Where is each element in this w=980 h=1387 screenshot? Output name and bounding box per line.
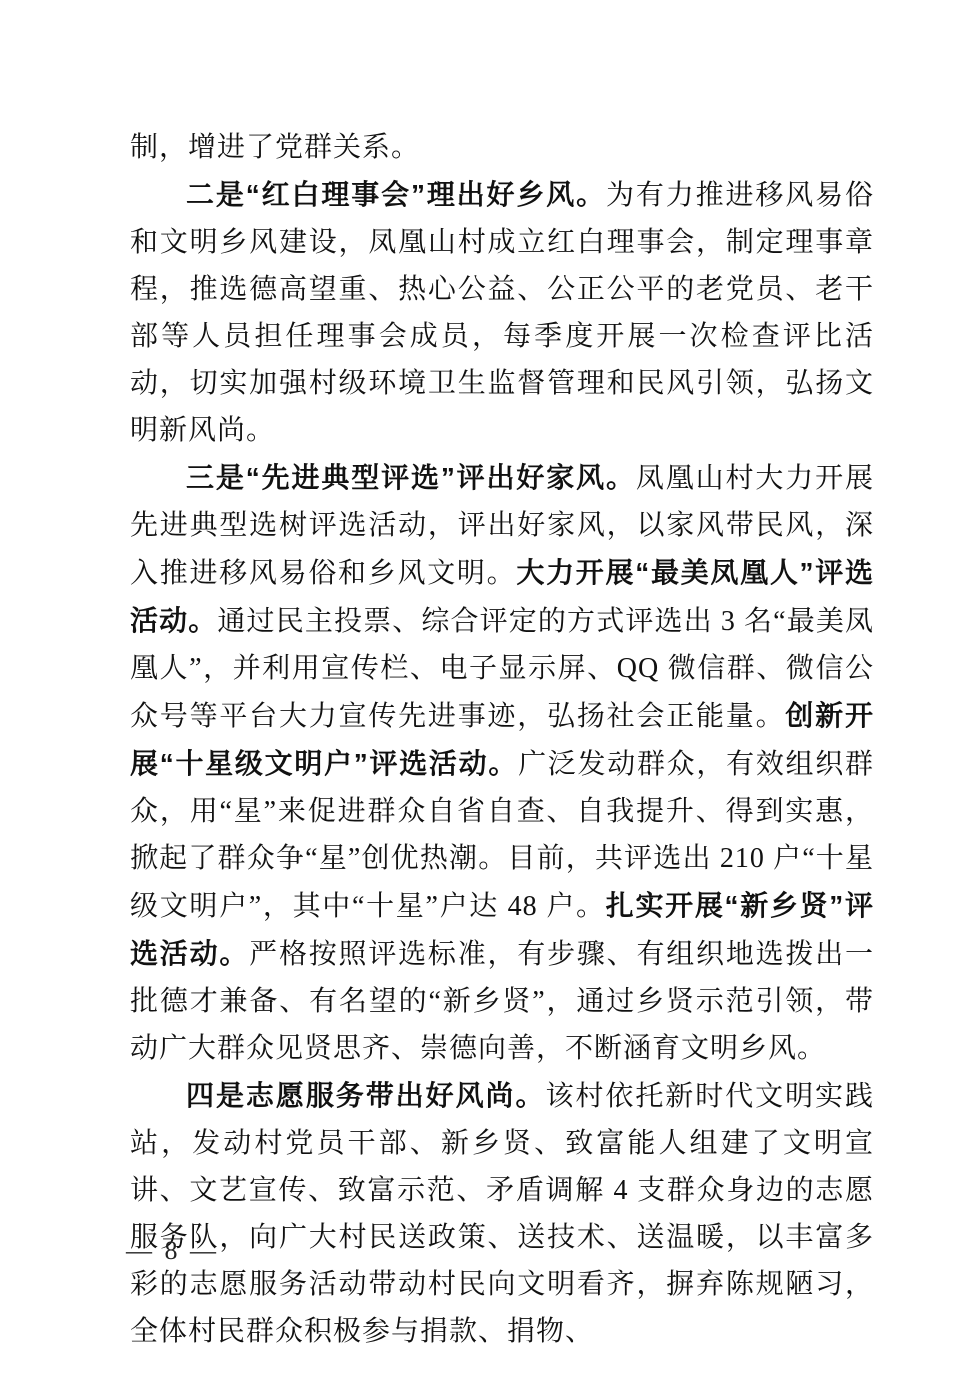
text-run: 为有力推进移风易俗和文明乡风建设，凤凰山村成立红白理事会，制定理事章程，推选德高… — [130, 180, 874, 446]
text-run: 制，增进了党群关系。 — [130, 132, 420, 163]
page-number: — 8 — — [126, 1236, 219, 1266]
paragraph: 四是志愿服务带出好风尚。该村依托新时代文明实践站，发动村党员干部、新乡贤、致富能… — [130, 1072, 874, 1355]
document-page: 制，增进了党群关系。二是“红白理事会”理出好乡风。为有力推进移风易俗和文明乡风建… — [0, 0, 980, 1387]
paragraph: 三是“先进典型评选”评出好家风。凤凰山村大力开展先进典型选树评选活动，评出好家风… — [130, 454, 874, 1072]
paragraph: 二是“红白理事会”理出好乡风。为有力推进移风易俗和文明乡风建设，凤凰山村成立红白… — [130, 171, 874, 454]
document-body: 制，增进了党群关系。二是“红白理事会”理出好乡风。为有力推进移风易俗和文明乡风建… — [130, 124, 874, 1355]
text-run: 通过民主投票、综合评定的方式评选出 3 名“最美凤凰人”，并利用宣传栏、电子显示… — [130, 606, 874, 732]
text-run: 该村依托新时代文明实践站，发动村党员干部、新乡贤、致富能人组建了文明宣讲、文艺宣… — [130, 1081, 874, 1347]
paragraph: 制，增进了党群关系。 — [130, 124, 874, 171]
emphasis-run: 四是志愿服务带出好风尚。 — [186, 1080, 545, 1111]
emphasis-run: 三是“先进典型评选”评出好家风。 — [186, 462, 636, 493]
emphasis-run: 二是“红白理事会”理出好乡风。 — [186, 179, 606, 210]
